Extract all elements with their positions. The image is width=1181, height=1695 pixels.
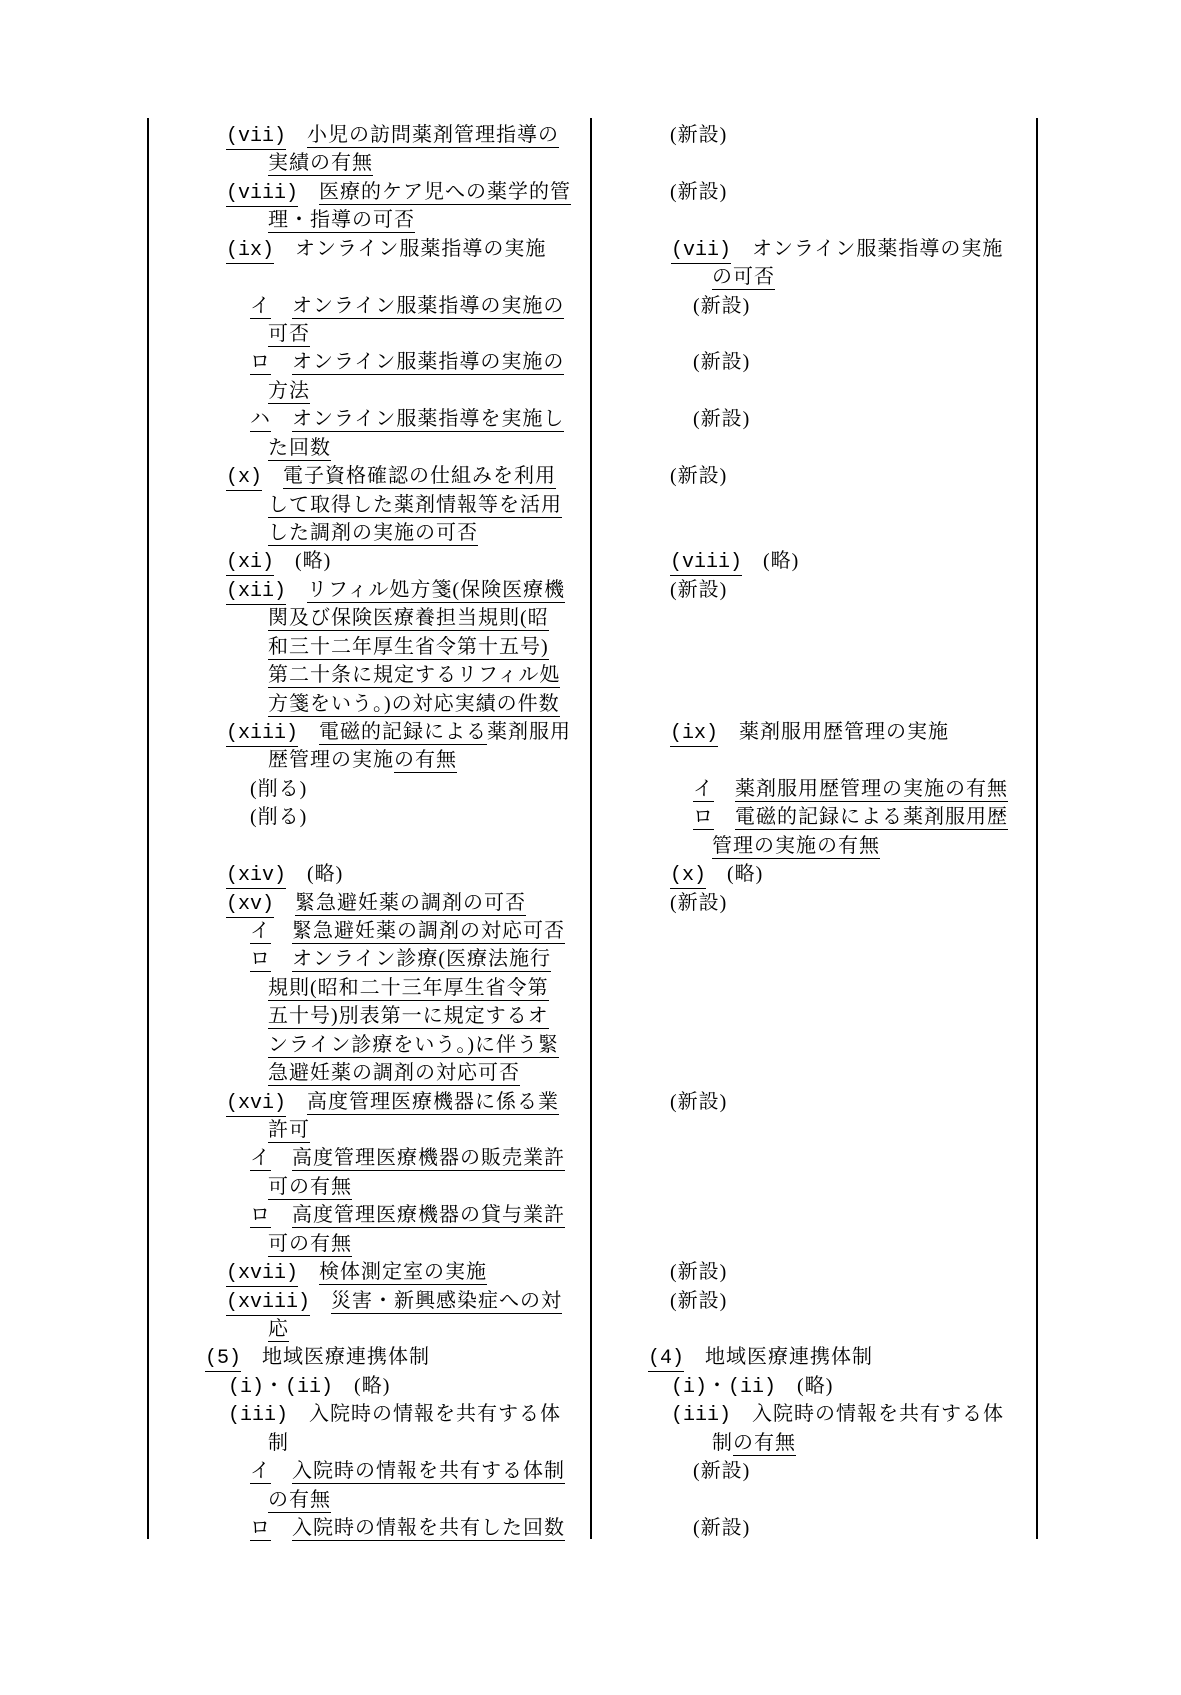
text-line: イ 薬剤服用歴管理の実施の有無	[693, 775, 1008, 803]
text-segment: リフィル処方箋(保険医療機	[307, 579, 565, 603]
text-segment: 入院時の情報を共有した回数	[292, 1517, 565, 1541]
text-segment	[271, 351, 292, 373]
text-segment	[298, 1261, 319, 1283]
text-line: 歴管理の実施の有無	[268, 746, 457, 774]
text-line: (xvii) 検体測定室の実施	[226, 1258, 487, 1288]
text-segment: (iii)	[228, 1404, 288, 1427]
text-segment: 第二十条に規定するリフィル処	[268, 664, 560, 688]
text-line: 管理の実施の有無	[712, 832, 880, 860]
text-segment	[286, 1091, 307, 1113]
text-segment: ンライン診療をいう。)に伴う緊	[268, 1034, 559, 1058]
text-segment	[271, 920, 292, 942]
text-line: 理・指導の可否	[268, 206, 415, 234]
text-segment: 規則(昭和二十三年厚生省令第	[268, 977, 549, 1001]
text-segment	[271, 1204, 292, 1226]
text-segment	[776, 1375, 797, 1397]
text-line: (xviii) 災害・新興感染症への対	[226, 1287, 562, 1317]
text-segment: の有無	[394, 749, 457, 773]
text-segment: (新設)	[670, 465, 727, 487]
text-segment: (ii)	[285, 1376, 333, 1399]
text-segment: した調剤の実施の可否	[268, 522, 478, 546]
text-line: ハ オンライン服薬指導を実施し	[250, 405, 564, 433]
text-line: (新設)	[670, 576, 727, 604]
text-line: ロ 入院時の情報を共有した回数	[250, 1514, 565, 1542]
text-segment: (xiii)	[226, 722, 298, 747]
text-segment: (新設)	[693, 295, 750, 317]
text-segment: (ix)	[670, 722, 718, 747]
text-segment: の可否	[712, 266, 775, 290]
text-segment: 地域医療連携体制	[262, 1346, 430, 1368]
text-segment: ・	[264, 1375, 285, 1397]
text-line: (xv) 緊急避妊薬の調剤の可否	[226, 889, 526, 919]
text-line: 制の有無	[712, 1429, 796, 1457]
text-segment: (x)	[670, 864, 706, 889]
text-line: (新設)	[670, 462, 727, 490]
text-segment: ロ	[693, 806, 714, 830]
text-segment	[271, 1147, 292, 1169]
text-segment: (新設)	[670, 124, 727, 146]
text-segment: して取得した薬剤情報等を活用	[268, 494, 562, 518]
text-line: 可否	[268, 320, 310, 348]
text-segment: (新設)	[693, 1460, 750, 1482]
text-segment	[274, 550, 295, 572]
text-line: (5) 地域医療連携体制	[205, 1343, 430, 1373]
text-line: (ix) オンライン服薬指導の実施	[226, 235, 546, 265]
text-segment: イ	[250, 920, 271, 944]
text-segment: 電磁的記録による	[319, 721, 487, 745]
text-segment	[684, 1346, 705, 1368]
text-line: 第二十条に規定するリフィル処	[268, 661, 560, 689]
text-segment: オンライン服薬指導を実施し	[292, 408, 564, 432]
text-line: (iii) 入院時の情報を共有する体	[671, 1400, 1004, 1430]
text-segment: オンライン服薬指導の実施の	[292, 295, 564, 319]
text-line: (新設)	[670, 889, 727, 917]
text-segment	[298, 721, 319, 743]
text-segment: (略)	[763, 550, 799, 572]
text-segment: (xvi)	[226, 1092, 286, 1117]
text-segment: (新設)	[693, 351, 750, 373]
text-segment	[274, 892, 295, 914]
text-line: ロ オンライン診療(医療法施行	[250, 945, 551, 973]
text-segment	[274, 238, 295, 260]
text-line: (xi) (略)	[226, 547, 331, 577]
text-line: (x) (略)	[670, 860, 763, 890]
text-segment: (xv)	[226, 893, 274, 918]
text-segment: 検体測定室の実施	[319, 1261, 487, 1285]
text-line: 和三十二年厚生省令第十五号)	[268, 633, 549, 661]
text-segment: (新設)	[693, 408, 750, 430]
text-line: 関及び保険医療養担当規則(昭	[268, 604, 549, 632]
text-segment	[718, 721, 739, 743]
text-segment: (ii)	[728, 1376, 776, 1399]
text-segment: (viii)	[670, 551, 742, 576]
text-segment: 電子資格確認の仕組みを利用	[283, 465, 556, 489]
text-segment: (略)	[307, 863, 343, 885]
text-segment: 災害・新興感染症への対	[331, 1290, 562, 1314]
text-segment: の有無	[733, 1432, 796, 1456]
text-segment	[298, 181, 319, 203]
text-segment: イ	[250, 295, 271, 319]
text-line: ロ 電磁的記録による薬剤服用歴	[693, 803, 1008, 831]
text-segment: (新設)	[670, 1261, 727, 1283]
text-segment: 薬剤服用	[487, 721, 571, 743]
text-segment: の有無	[268, 1489, 331, 1513]
text-segment: た回数	[268, 437, 331, 461]
text-segment: 可の有無	[268, 1176, 352, 1200]
text-line: (xii) リフィル処方箋(保険医療機	[226, 576, 565, 606]
text-line: した調剤の実施の可否	[268, 519, 478, 547]
text-segment: 可否	[268, 323, 310, 347]
text-segment: 入院時の情報を共有する体	[752, 1403, 1004, 1425]
text-segment: (新設)	[670, 579, 727, 601]
text-segment: ・	[707, 1375, 728, 1397]
text-line: (viii) (略)	[670, 547, 799, 577]
text-line: 規則(昭和二十三年厚生省令第	[268, 974, 549, 1002]
text-segment: 制	[268, 1432, 289, 1454]
text-line: (vii) 小児の訪問薬剤管理指導の	[226, 121, 559, 151]
text-line: 実績の有無	[268, 149, 373, 177]
text-line: 方法	[268, 377, 310, 405]
text-segment: ハ	[250, 408, 271, 432]
text-line: イ 高度管理医療機器の販売業許	[250, 1144, 565, 1172]
text-segment: (ix)	[226, 239, 274, 264]
text-segment: (略)	[727, 863, 763, 885]
text-segment: 地域医療連携体制	[705, 1346, 873, 1368]
text-line: ロ 高度管理医療機器の貸与業許	[250, 1201, 565, 1229]
text-line: (i)・(ii) (略)	[228, 1372, 390, 1402]
text-segment: オンライン診療(医療法施行	[292, 948, 551, 972]
text-segment: (iii)	[671, 1404, 731, 1427]
text-line: 許可	[268, 1116, 310, 1144]
text-segment	[262, 465, 283, 487]
text-line: (新設)	[670, 1088, 727, 1116]
text-segment: (削る)	[250, 806, 307, 828]
text-segment: 歴管理の実施	[268, 749, 394, 771]
text-segment: 許可	[268, 1119, 310, 1143]
text-line: (新設)	[693, 1514, 750, 1542]
text-segment: (削る)	[250, 778, 307, 800]
text-segment: イ	[693, 778, 714, 802]
text-segment	[310, 1290, 331, 1312]
text-segment: (xii)	[226, 580, 286, 605]
text-segment: 高度管理医療機器の販売業許	[292, 1147, 565, 1171]
text-segment: オンライン服薬指導の実施	[295, 238, 546, 260]
text-segment: 方箋をいう。)の対応実績の件数	[268, 693, 560, 717]
text-line: (削る)	[250, 803, 307, 831]
text-line: (新設)	[693, 348, 750, 376]
text-segment	[271, 295, 292, 317]
text-line: (vii) オンライン服薬指導の実施	[671, 235, 1003, 265]
text-segment: (新設)	[693, 1517, 750, 1539]
text-line: (新設)	[670, 1287, 727, 1315]
text-segment	[241, 1346, 262, 1368]
text-segment	[271, 408, 292, 430]
text-segment: オンライン服薬指導の実施の	[292, 351, 564, 375]
table-border-left	[147, 118, 149, 1539]
text-segment: 関及び保険医療養担当規則(昭	[268, 607, 549, 631]
text-segment	[288, 1403, 309, 1425]
text-segment: (4)	[648, 1347, 684, 1372]
table-border-middle	[590, 118, 592, 1539]
text-segment	[742, 550, 763, 572]
text-line: イ 緊急避妊薬の調剤の対応可否	[250, 917, 565, 945]
text-segment: 薬剤服用歴管理の実施の有無	[735, 778, 1008, 802]
text-segment: オンライン服薬指導の実施	[752, 238, 1003, 260]
text-line: (新設)	[670, 178, 727, 206]
text-line: ンライン診療をいう。)に伴う緊	[268, 1031, 559, 1059]
text-segment	[714, 806, 735, 828]
text-segment: 医療的ケア児への薬学的管	[319, 181, 571, 205]
text-line: 可の有無	[268, 1230, 352, 1258]
text-segment: 高度管理医療機器の貸与業許	[292, 1204, 565, 1228]
text-segment	[286, 579, 307, 601]
text-segment: (viii)	[226, 182, 298, 207]
text-segment: 五十号)別表第一に規定するオ	[268, 1005, 549, 1029]
text-segment: ロ	[250, 1517, 271, 1541]
text-segment: (xi)	[226, 551, 274, 576]
text-segment: 電磁的記録による薬剤服用歴	[735, 806, 1008, 830]
text-segment: (xvii)	[226, 1262, 298, 1287]
text-segment: (x)	[226, 466, 262, 491]
text-segment: 実績の有無	[268, 152, 373, 176]
text-line: イ オンライン服薬指導の実施の	[250, 292, 564, 320]
text-segment: (xviii)	[226, 1291, 310, 1316]
text-segment: 和三十二年厚生省令第十五号)	[268, 636, 549, 660]
text-segment: (略)	[797, 1375, 833, 1397]
text-segment: 応	[268, 1318, 289, 1342]
text-segment: 緊急避妊薬の調剤の対応可否	[292, 920, 565, 944]
text-segment: 入院時の情報を共有する体	[309, 1403, 561, 1425]
text-line: 急避妊薬の調剤の対応可否	[268, 1059, 520, 1087]
page: { "page": { "background_color": "#ffffff…	[0, 0, 1181, 1695]
text-segment: (i)	[671, 1376, 707, 1399]
text-line: (新設)	[670, 1258, 727, 1286]
text-segment: 薬剤服用歴管理の実施	[739, 721, 949, 743]
text-segment: イ	[250, 1460, 271, 1484]
text-segment: 方法	[268, 380, 310, 404]
text-line: ロ オンライン服薬指導の実施の	[250, 348, 564, 376]
text-segment	[731, 238, 752, 260]
text-segment: (新設)	[670, 892, 727, 914]
text-segment: ロ	[250, 351, 271, 375]
text-segment: (略)	[295, 550, 331, 572]
text-line: (4) 地域医療連携体制	[648, 1343, 873, 1373]
text-line: (新設)	[693, 1457, 750, 1485]
text-line: (新設)	[693, 292, 750, 320]
text-line: (新設)	[670, 121, 727, 149]
text-segment: (xiv)	[226, 864, 286, 889]
table-border-right	[1036, 118, 1038, 1539]
text-line: 応	[268, 1315, 289, 1343]
text-segment: 高度管理医療機器に係る業	[307, 1091, 559, 1115]
text-line: (削る)	[250, 775, 307, 803]
text-segment: (vii)	[671, 239, 731, 264]
text-segment: 小児の訪問薬剤管理指導の	[307, 124, 559, 148]
text-line: (xiv) (略)	[226, 860, 343, 890]
text-segment: (5)	[205, 1347, 241, 1372]
text-line: (iii) 入院時の情報を共有する体	[228, 1400, 561, 1430]
text-segment: 入院時の情報を共有する体制	[292, 1460, 565, 1484]
text-segment: (vii)	[226, 125, 286, 150]
text-line: (xvi) 高度管理医療機器に係る業	[226, 1088, 559, 1118]
text-segment	[714, 778, 735, 800]
text-segment: 急避妊薬の調剤の対応可否	[268, 1062, 520, 1086]
text-line: して取得した薬剤情報等を活用	[268, 491, 562, 519]
text-segment	[286, 863, 307, 885]
text-segment: 緊急避妊薬の調剤の可否	[295, 892, 526, 916]
text-segment: (i)	[228, 1376, 264, 1399]
text-segment: ロ	[250, 948, 271, 972]
text-line: 方箋をいう。)の対応実績の件数	[268, 690, 560, 718]
text-segment: 制	[712, 1432, 733, 1454]
text-line: の可否	[712, 263, 775, 291]
text-segment: (新設)	[670, 1091, 727, 1113]
text-line: (i)・(ii) (略)	[671, 1372, 833, 1402]
text-line: (viii) 医療的ケア児への薬学的管	[226, 178, 571, 208]
text-segment	[271, 948, 292, 970]
text-line: 制	[268, 1429, 289, 1457]
text-segment	[286, 124, 307, 146]
text-line: 可の有無	[268, 1173, 352, 1201]
text-line: 五十号)別表第一に規定するオ	[268, 1002, 549, 1030]
text-line: イ 入院時の情報を共有する体制	[250, 1457, 565, 1485]
text-line: (ix) 薬剤服用歴管理の実施	[670, 718, 949, 748]
text-segment	[271, 1460, 292, 1482]
text-line: (x) 電子資格確認の仕組みを利用	[226, 462, 556, 492]
text-segment	[706, 863, 727, 885]
text-line: の有無	[268, 1486, 331, 1514]
text-segment: 管理の実施の有無	[712, 835, 880, 859]
text-line: (新設)	[693, 405, 750, 433]
text-line: た回数	[268, 434, 331, 462]
text-segment: ロ	[250, 1204, 271, 1228]
text-segment: (新設)	[670, 1290, 727, 1312]
text-segment	[271, 1517, 292, 1539]
text-line: (xiii) 電磁的記録による薬剤服用	[226, 718, 571, 748]
text-segment: (略)	[354, 1375, 390, 1397]
text-segment	[731, 1403, 752, 1425]
text-segment: イ	[250, 1147, 271, 1171]
text-segment: 理・指導の可否	[268, 209, 415, 233]
text-segment	[333, 1375, 354, 1397]
text-segment: 可の有無	[268, 1233, 352, 1257]
text-segment: (新設)	[670, 181, 727, 203]
